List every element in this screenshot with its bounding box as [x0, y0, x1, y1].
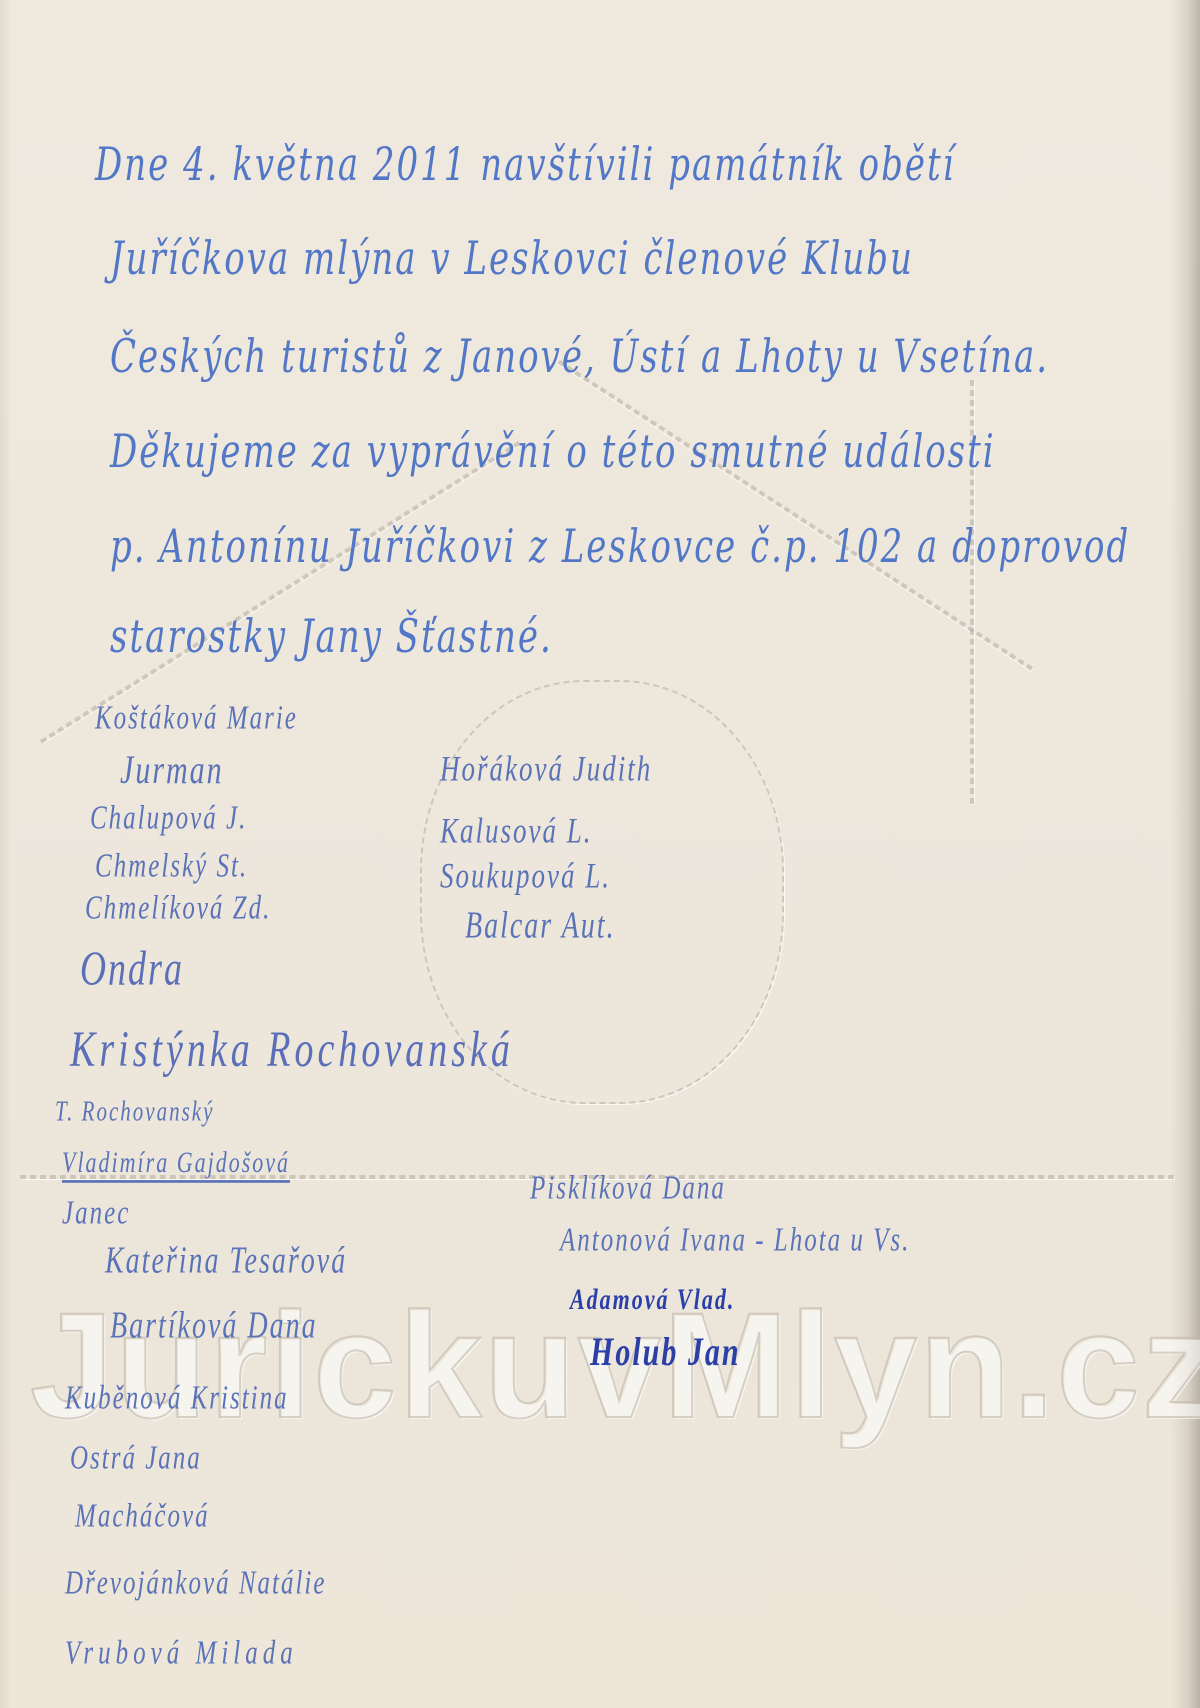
signature: Chmelský St. — [95, 848, 248, 886]
signature: Holub Jan — [590, 1330, 741, 1376]
signature: T. Rochovanský — [55, 1095, 214, 1129]
watermark-emboss-roof-right — [558, 360, 1033, 671]
page-binding-shadow — [1170, 0, 1200, 1708]
signature: Kalusová L. — [440, 810, 593, 852]
signature: Chmelíková Zd. — [85, 890, 271, 928]
signature: Macháčová — [75, 1498, 210, 1536]
entry-line-1: Dne 4. května 2011 navštívili památník o… — [95, 138, 956, 192]
entry-line-5: p. Antonínu Juříčkovi z Leskovce č.p. 10… — [110, 520, 1130, 574]
signature: Dřevojánková Natálie — [65, 1565, 326, 1603]
signature: Ostrá Jana — [70, 1440, 202, 1478]
signature: Koštáková Marie — [95, 700, 298, 738]
signature: Vrubová Milada — [65, 1635, 298, 1673]
signature: Kuběnová Kristina — [65, 1380, 289, 1418]
signature: Vladimíra Gajdošová — [62, 1145, 290, 1183]
signature: Chalupová J. — [90, 800, 247, 838]
signature: Antonová Ivana - Lhota u Vs. — [560, 1222, 910, 1260]
watermark-emboss-roof-left — [40, 441, 520, 743]
entry-line-2: Juříčkova mlýna v Leskovci členové Klubu — [110, 232, 914, 286]
signature: Ondra — [80, 940, 184, 997]
signature: Kateřina Tesařová — [105, 1240, 347, 1283]
page-left-shadow — [0, 0, 12, 1708]
entry-line-3: Českých turistů z Janové, Ústí a Lhoty u… — [110, 330, 1049, 384]
guestbook-page: JurickuvMlyn.cz Dne 4. května 2011 navšt… — [0, 0, 1200, 1708]
signature: Kristýnka Rochovanská — [70, 1020, 514, 1079]
signature: Hořáková Judith — [440, 748, 652, 790]
entry-line-4: Děkujeme za vyprávění o této smutné udál… — [110, 425, 996, 479]
signature: Bartíková Dana — [110, 1305, 318, 1348]
entry-line-6: starostky Jany Šťastné. — [110, 610, 553, 664]
signature: Jurman — [120, 748, 224, 794]
signature: Adamová Vlad. — [570, 1282, 735, 1317]
signature: Soukupová L. — [440, 855, 611, 897]
signature: Janec — [62, 1195, 130, 1233]
signature: Balcar Aut. — [465, 905, 616, 948]
signature: Pisklíková Dana — [530, 1170, 726, 1208]
